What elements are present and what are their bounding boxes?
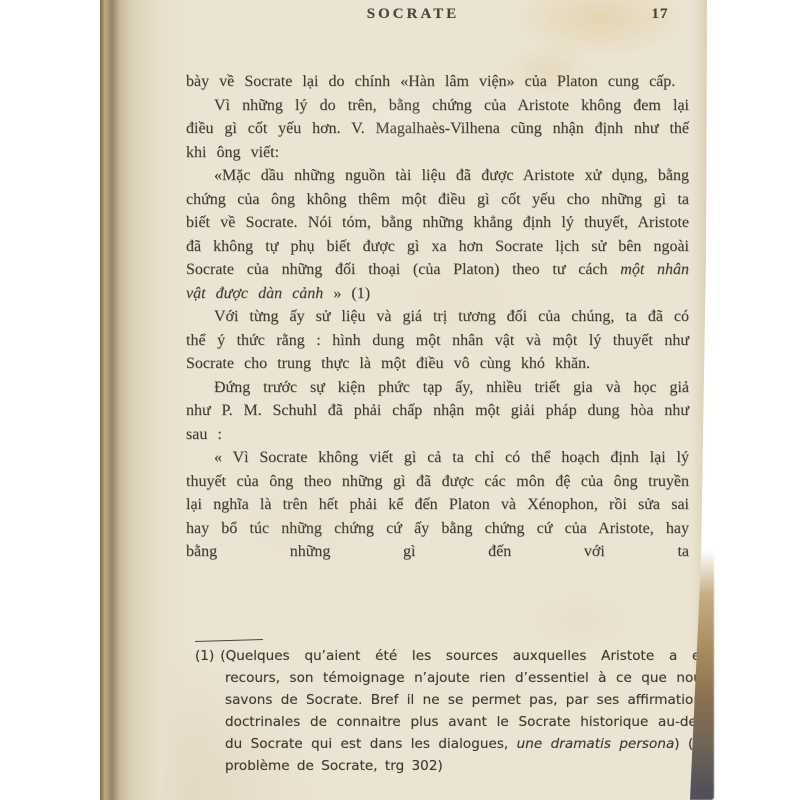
italic-phrase: une dramatis persona xyxy=(517,736,675,752)
footnote-marker: (1) xyxy=(195,648,220,664)
page-number: 17 xyxy=(643,6,677,23)
paragraph-text: « Vì Socrate không viết gì cả ta chỉ có … xyxy=(186,449,689,560)
paragraph: Đứng trước sự kiện phức tạp ấy, nhiều tr… xyxy=(186,376,689,447)
photo-background: SOCRATE 17 bày về Socrate lại do chính «… xyxy=(0,0,800,800)
footnote: (1)(Quelques qu’aient été les sources au… xyxy=(195,645,709,777)
paragraph-text: Với từng ấy sử liệu và giá trị tương đối… xyxy=(186,308,689,372)
quote-paragraph: «Mặc dầu những nguồn tài liệu đã được Ar… xyxy=(186,164,689,305)
paragraph-text: » (1) xyxy=(323,285,370,302)
paragraph-text: Vì những lý do trên, bằng chứng của Aris… xyxy=(186,97,689,161)
paragraph: Vì những lý do trên, bằng chứng của Aris… xyxy=(186,94,689,165)
paragraph-text: Đứng trước sự kiện phức tạp ấy, nhiều tr… xyxy=(186,379,689,443)
paragraph: Với từng ấy sử liệu và giá trị tương đối… xyxy=(186,305,689,376)
quote-paragraph: « Vì Socrate không viết gì cả ta chỉ có … xyxy=(186,446,689,564)
paragraph-text: bày về Socrate lại do chính «Hàn lâm việ… xyxy=(186,73,675,90)
book-page: SOCRATE 17 bày về Socrate lại do chính «… xyxy=(100,0,707,800)
running-header: SOCRATE 17 xyxy=(100,6,707,30)
footnote-separator xyxy=(195,639,263,642)
paragraph-text: «Mặc dầu những nguồn tài liệu đã được Ar… xyxy=(186,167,689,278)
body-text: bày về Socrate lại do chính «Hàn lâm việ… xyxy=(186,70,689,564)
page-title: SOCRATE xyxy=(313,6,513,23)
paragraph: bày về Socrate lại do chính «Hàn lâm việ… xyxy=(186,70,689,94)
